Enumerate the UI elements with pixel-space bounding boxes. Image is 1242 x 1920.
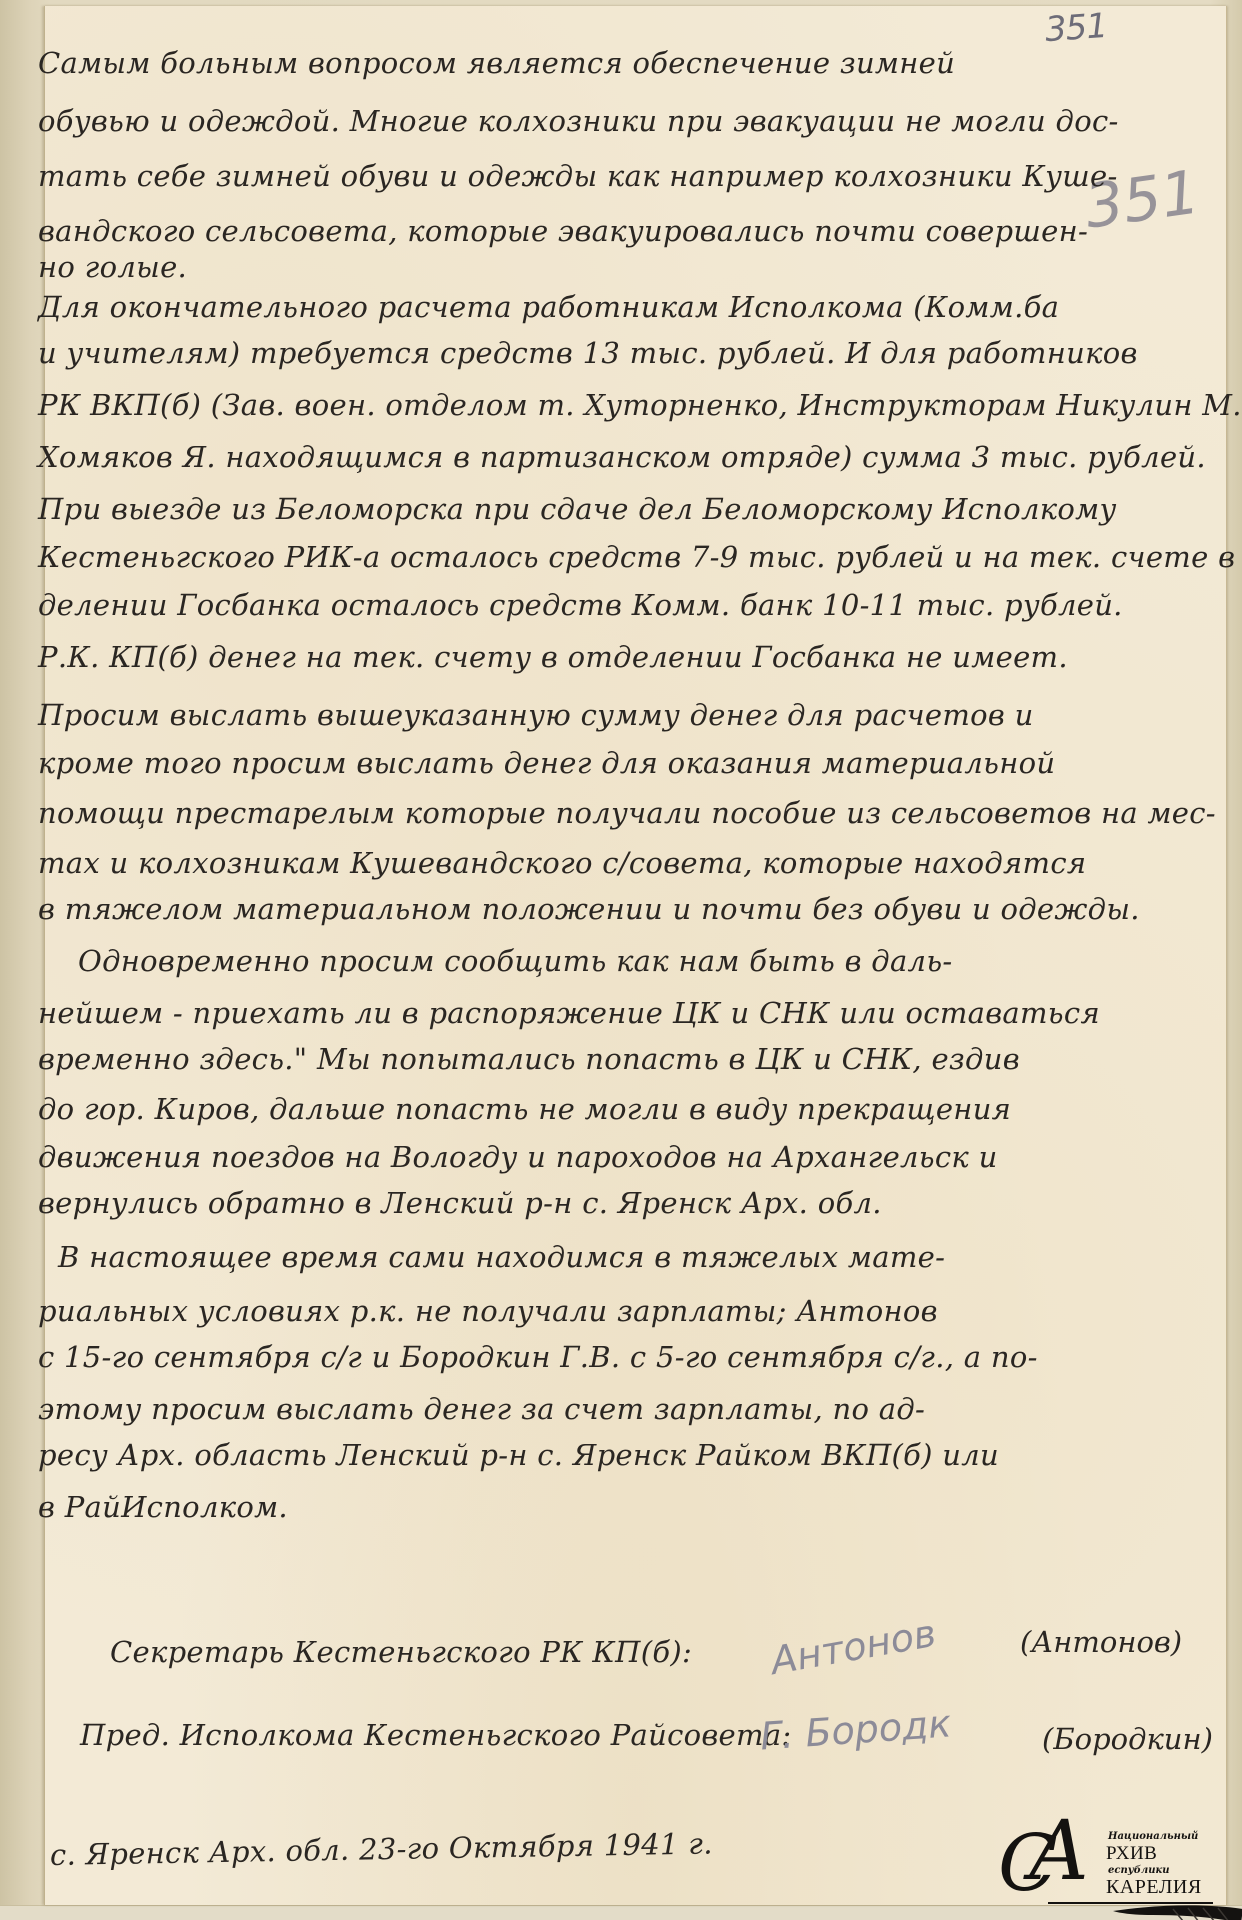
text-line: этому просим выслать денег за счет зарпл… <box>38 1392 925 1426</box>
archive-watermark-logo: С А Национальный РХИВ еспублики КАРЕЛИЯ <box>998 1815 1242 1920</box>
signatory-title-chairman: Пред. Исполкома Кестеньгского Райсовета: <box>80 1718 791 1752</box>
text-line: Хомяков Я. находящимся в партизанском от… <box>38 440 1206 474</box>
text-line: обувью и одеждой. Многие колхозники при … <box>38 104 1119 138</box>
text-line: в РайИсполком. <box>38 1490 288 1524</box>
text-line: Для окончательного расчета работникам Ис… <box>38 290 1059 324</box>
text-line: делении Госбанка осталось средств Комм. … <box>38 588 1123 622</box>
logo-line-karelia: КАРЕЛИЯ <box>1106 1876 1202 1899</box>
text-line: до гор. Киров, дальше попасть не могли в… <box>38 1092 1011 1126</box>
text-line: вернулись обратно в Ленский р-н с. Яренс… <box>38 1186 882 1220</box>
signatory-title-secretary: Секретарь Кестеньгского РК КП(б): <box>110 1635 692 1669</box>
text-line: Одновременно просим сообщить как нам быт… <box>78 944 953 978</box>
quill-pen-icon <box>1113 1903 1242 1920</box>
text-line: Р.К. КП(б) денег на тек. счету в отделен… <box>38 640 1068 674</box>
text-line: помощи престарелым которые получали посо… <box>38 796 1216 830</box>
text-line: но голые. <box>38 250 187 284</box>
text-line: с 15-го сентября с/г и Бородкин Г.В. с 5… <box>38 1340 1038 1374</box>
text-line: Кестеньгского РИК-а осталось средств 7-9… <box>38 540 1242 574</box>
text-line: Просим выслать вышеуказанную сумму денег… <box>38 698 1034 732</box>
signatory-name-antonov: (Антонов) <box>1020 1625 1182 1659</box>
text-line: движения поездов на Вологду и пароходов … <box>38 1140 998 1174</box>
logo-line-national: Национальный <box>1108 1831 1198 1842</box>
signatory-name-borodkin: (Бородкин) <box>1042 1722 1213 1756</box>
text-line: ресу Арх. область Ленский р-н с. Яренск … <box>38 1438 999 1472</box>
page-number: 351 <box>1044 6 1109 50</box>
text-line: и учителям) требуется средств 13 тыс. ру… <box>38 336 1138 370</box>
text-line: в тяжелом материальном положении и почти… <box>38 892 1140 926</box>
logo-initial-a: А <box>1028 1811 1090 1893</box>
text-line: вандского сельсовета, которые эвакуирова… <box>38 214 1088 248</box>
text-line: риальных условиях р.к. не получали зарпл… <box>38 1294 938 1328</box>
logo-line-republic: еспублики <box>1108 1865 1170 1876</box>
text-line: При выезде из Беломорска при сдаче дел Б… <box>38 492 1117 526</box>
logo-line-archive: РХИВ <box>1106 1843 1157 1865</box>
text-line: тать себе зимней обуви и одежды как напр… <box>38 159 1118 193</box>
text-line: Самым больным вопросом является обеспече… <box>38 46 955 80</box>
text-line: кроме того просим выслать денег для оказ… <box>38 746 1055 780</box>
text-line: тах и колхозникам Кушевандского с/совета… <box>38 846 1086 880</box>
text-line: РК ВКП(б) (Зав. воен. отделом т. Хуторне… <box>38 388 1242 422</box>
text-line: В настоящее время сами находимся в тяжел… <box>58 1240 945 1274</box>
text-line: временно здесь." Мы попытались попасть в… <box>38 1042 1020 1076</box>
text-line: нейшем - приехать ли в распоряжение ЦК и… <box>38 996 1100 1030</box>
